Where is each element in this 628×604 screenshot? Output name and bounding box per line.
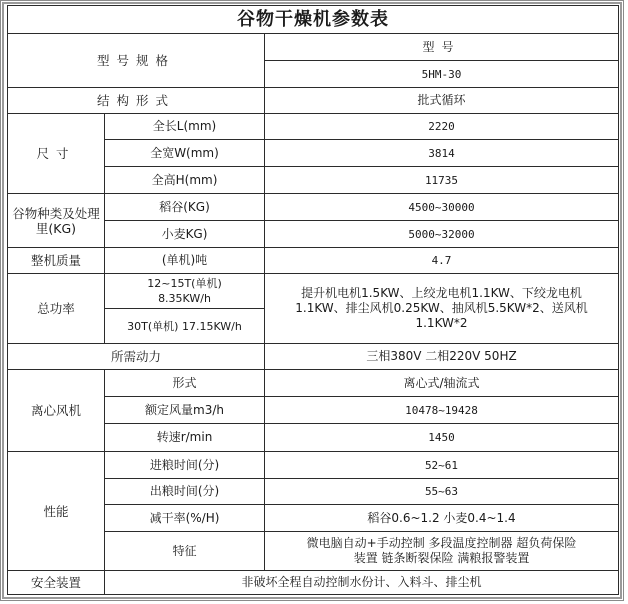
- param-cell: 小麦KG): [105, 221, 265, 248]
- value-cell: 离心式/轴流式: [265, 370, 619, 397]
- value-cell: 2220: [265, 114, 619, 140]
- table-row: 整机质量 (单机)吨 4.7: [8, 248, 619, 274]
- value-cell: 11735: [265, 167, 619, 194]
- table-row: 离心风机 形式 离心式/轴流式: [8, 370, 619, 397]
- table-row: 总功率 12~15T(单机) 8.35KW/h 提升机电机1.5KW、上绞龙电机…: [8, 274, 619, 309]
- value-line: 提升机电机1.5KW、上绞龙电机1.1KW、下绞龙电机: [267, 286, 616, 301]
- value-cell: 4500~30000: [265, 194, 619, 221]
- param-cell: 额定风量m3/h: [105, 397, 265, 424]
- value-cell: 1450: [265, 424, 619, 452]
- performance-label: 性能: [8, 452, 105, 571]
- table-title: 谷物干燥机参数表: [8, 6, 619, 34]
- value-cell: 55~63: [265, 479, 619, 505]
- value-cell: 4.7: [265, 248, 619, 274]
- param-cell: 进粮时间(分): [105, 452, 265, 479]
- model-value: 5HM-30: [265, 61, 619, 88]
- param-cell: 出粮时间(分): [105, 479, 265, 505]
- structure-label: 结构形式: [8, 88, 265, 114]
- param-line: 8.35KW/h: [107, 291, 262, 306]
- param-cell: 形式: [105, 370, 265, 397]
- value-cell: 52~61: [265, 452, 619, 479]
- param-cell: 12~15T(单机) 8.35KW/h: [105, 274, 265, 309]
- safety-label: 安全装置: [8, 571, 105, 595]
- table-row: 结构形式 批式循环: [8, 88, 619, 114]
- total-power-label: 总功率: [8, 274, 105, 344]
- model-header: 型号: [265, 34, 619, 61]
- table-row: 性能 进粮时间(分) 52~61: [8, 452, 619, 479]
- value-cell: 10478~19428: [265, 397, 619, 424]
- table-row: 所需动力 三相380V 二相220V 50HZ: [8, 344, 619, 370]
- value-cell: 3814: [265, 140, 619, 167]
- fan-label: 离心风机: [8, 370, 105, 452]
- value-cell: 非破坏全程自动控制水份计、入料斗、排尘机: [105, 571, 619, 595]
- table-row: 型号规格 型号: [8, 34, 619, 61]
- value-line: 1.1KW*2: [267, 316, 616, 331]
- title-row: 谷物干燥机参数表: [8, 6, 619, 34]
- param-cell: 特征: [105, 532, 265, 571]
- value-cell: 提升机电机1.5KW、上绞龙电机1.1KW、下绞龙电机 1.1KW、排尘风机0.…: [265, 274, 619, 344]
- param-cell: 30T(单机) 17.15KW/h: [105, 309, 265, 344]
- model-spec-label: 型号规格: [8, 34, 265, 88]
- value-cell: 稻谷0.6~1.2 小麦0.4~1.4: [265, 505, 619, 532]
- value-line: 1.1KW、排尘风机0.25KW、抽风机5.5KW*2、送风机: [267, 301, 616, 316]
- param-cell: (单机)吨: [105, 248, 265, 274]
- param-cell: 转速r/min: [105, 424, 265, 452]
- param-cell: 全高H(mm): [105, 167, 265, 194]
- power-required-label: 所需动力: [8, 344, 265, 370]
- value-cell: 三相380V 二相220V 50HZ: [265, 344, 619, 370]
- param-cell: 全宽W(mm): [105, 140, 265, 167]
- table-row: 安全装置 非破坏全程自动控制水份计、入料斗、排尘机: [8, 571, 619, 595]
- param-cell: 稻谷(KG): [105, 194, 265, 221]
- capacity-label: 谷物种类及处理里(KG): [8, 194, 105, 248]
- value-line: 装置 链条断裂保险 满粮报警装置: [267, 551, 616, 566]
- table-row: 谷物种类及处理里(KG) 稻谷(KG) 4500~30000: [8, 194, 619, 221]
- dimensions-label: 尺寸: [8, 114, 105, 194]
- param-line: 12~15T(单机): [107, 276, 262, 291]
- param-cell: 减干率(%/H): [105, 505, 265, 532]
- param-cell: 全长L(mm): [105, 114, 265, 140]
- value-cell: 微电脑自动+手动控制 多段温度控制器 超负荷保险 装置 链条断裂保险 满粮报警装…: [265, 532, 619, 571]
- value-line: 微电脑自动+手动控制 多段温度控制器 超负荷保险: [267, 536, 616, 551]
- table-row: 尺寸 全长L(mm) 2220: [8, 114, 619, 140]
- value-cell: 5000~32000: [265, 221, 619, 248]
- parameter-table: 谷物干燥机参数表 型号规格 型号 5HM-30 结构形式 批式循环 尺寸 全长L…: [7, 5, 619, 595]
- structure-value: 批式循环: [265, 88, 619, 114]
- weight-label: 整机质量: [8, 248, 105, 274]
